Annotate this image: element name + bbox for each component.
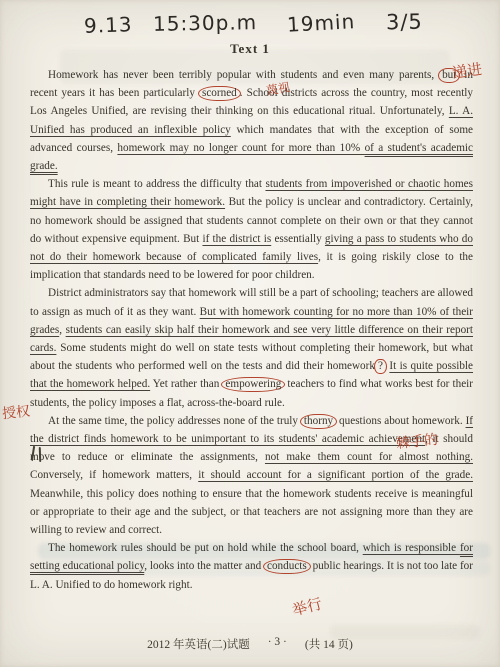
underlined-text: if the district is — [202, 233, 271, 245]
text-segment: , looks into the matter and — [144, 560, 264, 572]
page-footer: 2012 年英语(二)试题 · 3 · (共 14 页) — [0, 636, 500, 652]
text-segment: Meanwhile, this policy does nothing to e… — [30, 488, 473, 536]
text-segment: Conversely, if homework matters, — [30, 469, 198, 481]
text-segment: Yet rather than — [150, 378, 222, 390]
circled-word: scorned — [198, 86, 241, 101]
paragraph-divider-mark — [30, 446, 44, 462]
red-margin-note: 授权 — [1, 401, 31, 424]
text-segment: questions about homework. — [336, 415, 465, 427]
handwritten-note: 15:30p.m — [153, 10, 258, 36]
circled-word: empowering — [221, 377, 285, 392]
handwritten-note: 19min — [286, 9, 355, 37]
paragraph: This rule is meant to address the diffic… — [30, 175, 473, 284]
scanned-exam-page: 9.1315:30p.m19min3/5 Text 1 Homework has… — [0, 0, 500, 667]
underlined-text: homework may no longer count for more th… — [117, 142, 364, 154]
text-segment: This rule is meant to address the diffic… — [48, 178, 265, 190]
circled-word: ? — [374, 359, 387, 374]
text-body: Homework has never been terribly popular… — [30, 66, 473, 594]
paragraph: The homework rules should be put on hold… — [30, 539, 473, 594]
footer-page-number: · 3 · — [268, 636, 287, 652]
underlined-text: not make them count for almost nothing. — [265, 451, 473, 463]
circled-word: thorny — [300, 414, 337, 429]
text-segment: At the same time, the policy addresses n… — [48, 415, 301, 427]
circled-word: conducts — [263, 559, 311, 574]
handwritten-note: 9.13 — [84, 12, 133, 38]
handwritten-note: 3/5 — [386, 10, 423, 35]
text-segment: essentially — [271, 233, 325, 245]
red-margin-note: 举行 — [290, 593, 324, 621]
text-segment: Homework has never been terribly popular… — [48, 69, 439, 81]
paragraph: District administrators say that homewor… — [30, 284, 473, 411]
text-segment: The homework rules should be put on hold… — [48, 542, 363, 554]
underlined-text: which is responsible — [363, 542, 460, 554]
paragraph: Homework has never been terribly popular… — [30, 66, 473, 175]
red-margin-note: 递进 — [451, 58, 484, 83]
footer-total-pages: (共 14 页) — [305, 636, 353, 652]
footer-exam-label: 2012 年英语(二)试题 — [147, 636, 250, 652]
handwritten-header: 9.1315:30p.m19min3/5 — [0, 0, 500, 42]
underlined-text: it should account for a significant port… — [198, 469, 473, 481]
text-title: Text 1 — [0, 41, 500, 57]
